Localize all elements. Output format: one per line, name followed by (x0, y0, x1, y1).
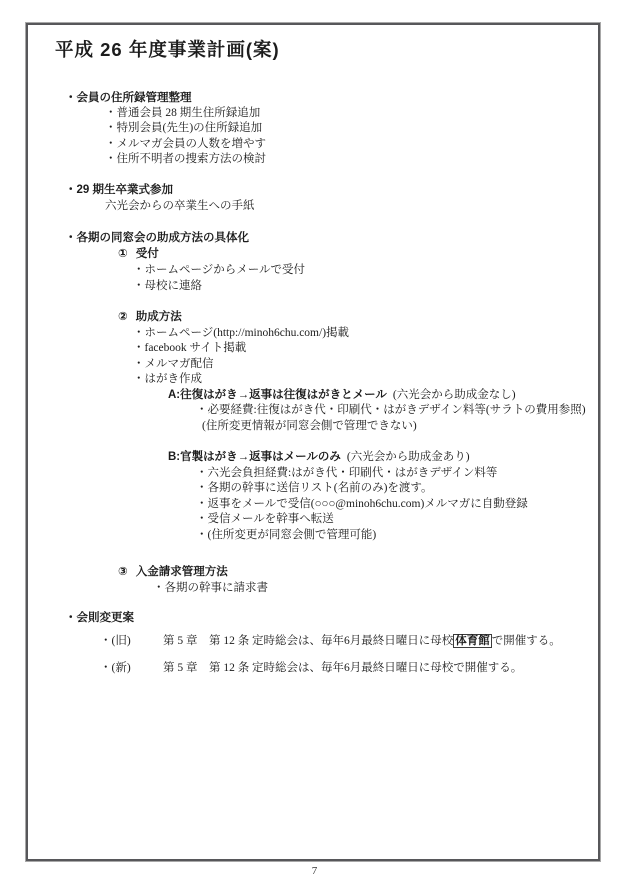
document-page: { "page": { "title": "平成 26 年度事業計画(案)", … (0, 0, 629, 889)
doc-line: ・六光会負担経費:はがき代・印刷代・はがきデザイン料等 (196, 466, 497, 480)
option-b-title: B:官製はがき→返事はメールのみ (168, 451, 341, 463)
section-heading-graduation: ・29 期生卒業式参加 (65, 183, 173, 197)
option-b-note: (六光会から助成金あり) (347, 451, 470, 463)
doc-line: ・返事をメールで受信(○○○@minoh6chu.com)メルマガに自動登録 (196, 497, 528, 511)
doc-line: ・はがき作成 (133, 372, 202, 386)
step1-label: 受付 (136, 248, 159, 260)
doc-line: ・各期の幹事に請求書 (153, 581, 268, 595)
doc-line: ・各期の幹事に送信リスト(名前のみ)を渡す。 (196, 481, 433, 495)
step1-heading: ①受付 (118, 247, 159, 261)
step2-heading: ②助成方法 (118, 310, 182, 324)
rule-old-text-suffix: で開催する。 (492, 635, 561, 647)
option-a-note: (六光会から助成金なし) (393, 389, 516, 401)
option-a-heading: A:往復はがき→返事は往復はがきとメール(六光会から助成金なし) (168, 388, 516, 402)
section-heading-reunion-support: ・各期の同窓会の助成方法の具体化 (65, 231, 249, 245)
doc-line: ・特別会員(先生)の住所録追加 (105, 121, 262, 135)
circled-number-3: ③ (118, 566, 128, 578)
doc-line: ・住所不明者の捜索方法の検討 (105, 152, 266, 166)
doc-line: ・メルマガ配信 (133, 357, 214, 371)
option-b-heading: B:官製はがき→返事はメールのみ(六光会から助成金あり) (168, 450, 470, 464)
section-heading-rule-change: ・会則変更案 (65, 611, 134, 625)
rule-old-row: ・(旧) 第 5 章 第 12 条 定時総会は、毎年6月最終日曜日に母校体育館で… (100, 634, 580, 648)
doc-line: ・ホームページ(http://minoh6chu.com/)掲載 (133, 326, 349, 340)
rule-new-row: ・(新) 第 5 章 第 12 条 定時総会は、毎年6月最終日曜日に母校で開催す… (100, 661, 580, 675)
step3-label: 入金請求管理方法 (136, 566, 228, 578)
doc-line: ・facebook サイト掲載 (133, 341, 246, 355)
doc-line: (住所変更情報が同窓会側で管理できない) (202, 419, 417, 433)
doc-line: ・母校に連絡 (133, 279, 202, 293)
rule-old-text-prefix: 定時総会は、毎年6月最終日曜日に母校 (252, 635, 453, 647)
section-heading-address: ・会員の住所録管理整理 (65, 91, 192, 105)
rule-new-text: 定時総会は、毎年6月最終日曜日に母校で開催する。 (252, 661, 522, 675)
option-a-title: A:往復はがき→返事は往復はがきとメール (168, 389, 387, 401)
rule-new-article: 第 5 章 第 12 条 (163, 661, 249, 675)
rule-old-bullet: ・(旧) (100, 634, 131, 648)
doc-title: 平成 26 年度事業計画(案) (55, 38, 280, 62)
rule-old-article: 第 5 章 第 12 条 (163, 634, 249, 648)
doc-line: ・メルマガ会員の人数を増やす (105, 137, 266, 151)
doc-line: ・(住所変更が同窓会側で管理可能) (196, 528, 376, 542)
rule-old-boxed-term: 体育館 (453, 634, 492, 648)
doc-line: 六光会からの卒業生への手紙 (105, 199, 255, 213)
doc-line: ・普通会員 28 期生住所録追加 (105, 106, 260, 120)
circled-number-2: ② (118, 311, 128, 323)
circled-number-1: ① (118, 248, 128, 260)
rule-old-text: 定時総会は、毎年6月最終日曜日に母校体育館で開催する。 (252, 634, 561, 648)
doc-line: ・受信メールを幹事へ転送 (196, 512, 334, 526)
doc-line: ・ホームページからメールで受付 (133, 263, 305, 277)
step2-label: 助成方法 (136, 311, 182, 323)
doc-line: ・必要経費:往復はがき代・印刷代・はがきデザイン料等(サラトの費用参照) (196, 403, 586, 417)
page-number: 7 (0, 865, 629, 877)
step3-heading: ③入金請求管理方法 (118, 565, 228, 579)
rule-new-bullet: ・(新) (100, 661, 131, 675)
